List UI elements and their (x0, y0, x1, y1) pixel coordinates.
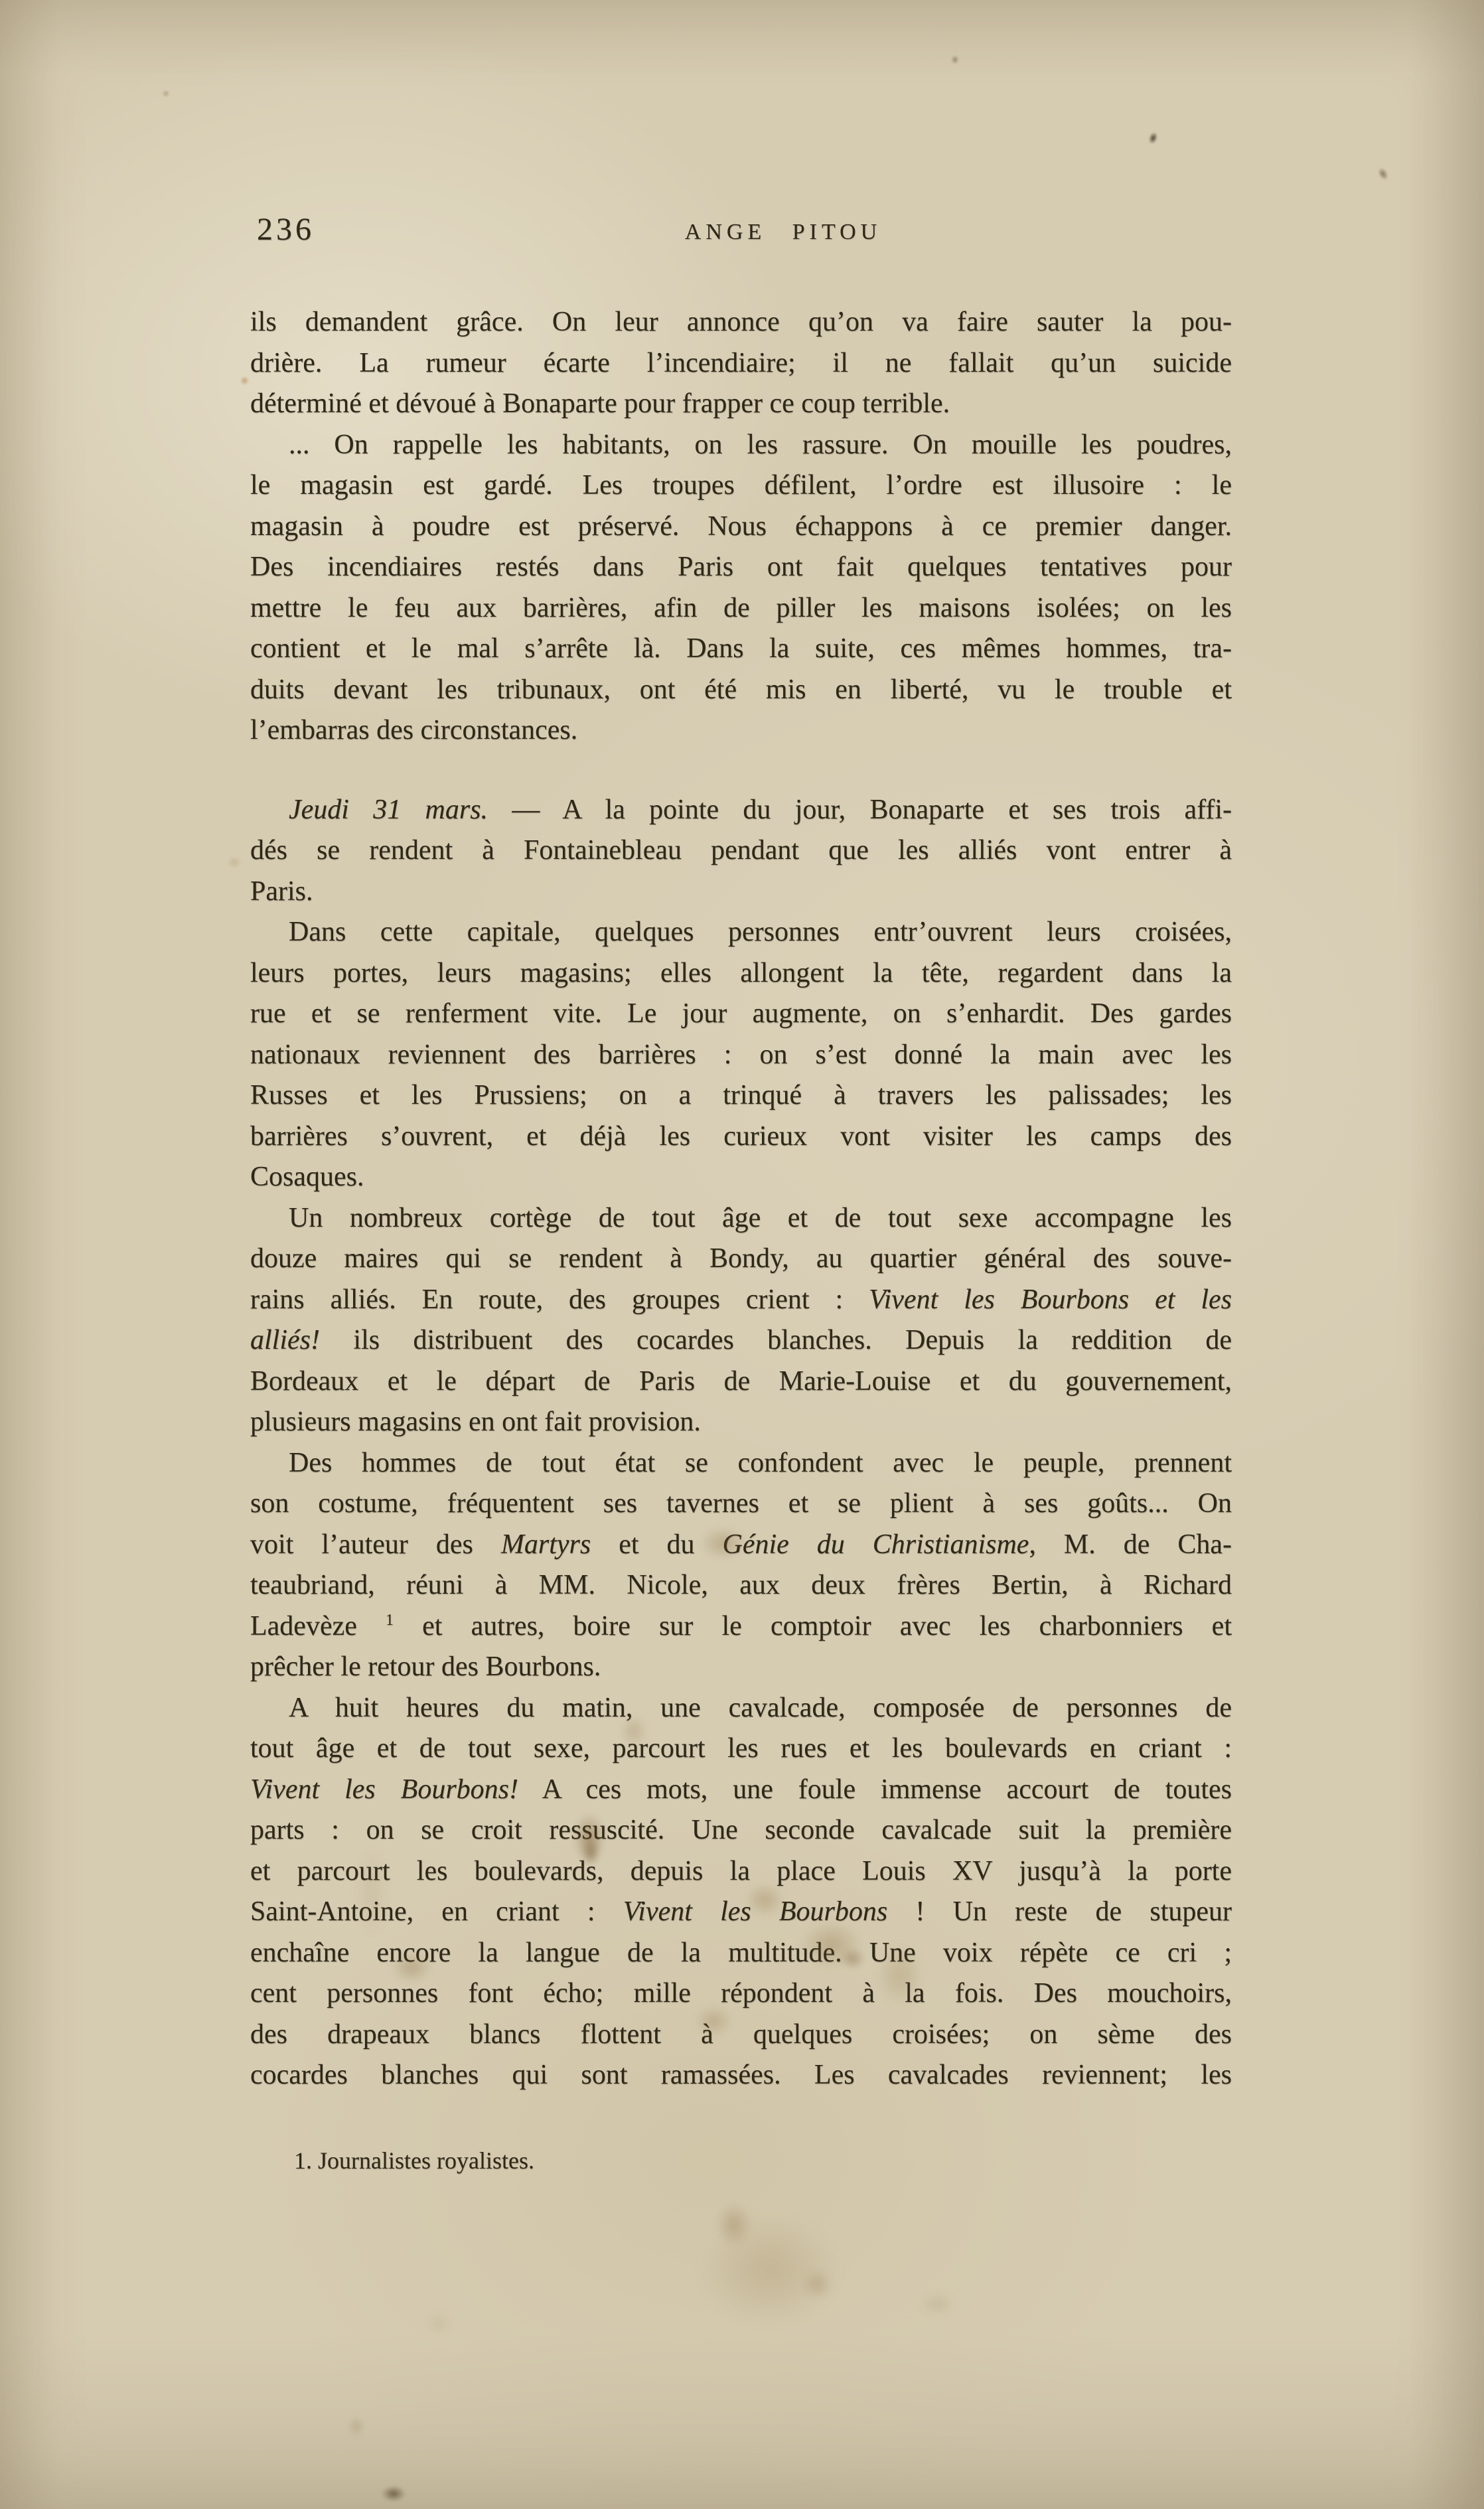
text-segment: leurs portes, leurs magasins; elles allo… (250, 958, 1232, 988)
text-line: plusieurs magasins en ont fait provision… (250, 1402, 1232, 1443)
text-line: Russes et les Prussiens; on a trinqué à … (250, 1075, 1232, 1116)
stain (226, 855, 243, 870)
text-line: enchaîne encore la langue de la multitud… (250, 1933, 1232, 1974)
stain (796, 2263, 838, 2305)
text-segment: teaubriand, réuni à MM. Nicole, aux deux… (250, 1570, 1232, 1600)
stain (421, 2310, 456, 2338)
text-line: rue et se renferment vite. Le jour augme… (250, 994, 1232, 1035)
italic-text: Vivent les Bourbons! (250, 1774, 518, 1805)
text-segment: magasin à poudre est préservé. Nous écha… (250, 511, 1232, 542)
text-line: Paris. (250, 872, 1232, 913)
text-segment: ils demandent grâce. On leur annonce qu’… (250, 307, 1232, 337)
text-line: cocardes blanches qui sont ramassées. Le… (250, 2055, 1232, 2096)
text-segment: voit l’auteur des (250, 1529, 501, 1560)
text-line: Bordeaux et le départ de Paris de Marie-… (250, 1361, 1232, 1403)
text-segment: Cosaques. (250, 1162, 364, 1192)
ink-speck (378, 2484, 409, 2504)
text-line: tout âge et de tout sexe, parcourt les r… (250, 1728, 1232, 1770)
text-segment: son costume, fréquentent ses tavernes et… (250, 1488, 1232, 1519)
running-title: ANGE PITOU (685, 220, 881, 245)
text-segment: plusieurs magasins en ont fait provision… (250, 1407, 701, 1437)
text-segment: Dans cette capitale, quelques personnes … (289, 917, 1232, 947)
text-segment: douze maires qui se rendent à Bondy, au … (250, 1243, 1232, 1274)
text-segment: parts : on se croit ressuscité. Une seco… (250, 1815, 1232, 1845)
ink-speck (950, 54, 960, 65)
text-segment: nationaux reviennent des barrières : on … (250, 1039, 1232, 1070)
text-line: rains alliés. En route, des groupes crie… (250, 1280, 1232, 1321)
text-segment: cocardes blanches qui sont ramassées. Le… (250, 2060, 1232, 2090)
text-segment: et du (591, 1529, 722, 1560)
text-segment: contient et le mal s’arrête là. Dans la … (250, 633, 1232, 664)
text-line: Un nombreux cortège de tout âge et de to… (250, 1198, 1232, 1239)
text-segment: tout âge et de tout sexe, parcourt les r… (250, 1733, 1232, 1764)
text-line: voit l’auteur des Martyrs et du Génie du… (250, 1525, 1232, 1566)
text-line: nationaux reviennent des barrières : on … (250, 1035, 1232, 1076)
text-line: cent personnes font écho; mille réponden… (250, 1973, 1232, 2015)
text-segment: le magasin est gardé. Les troupes défile… (250, 470, 1232, 500)
text-line: leurs portes, leurs magasins; elles allo… (250, 953, 1232, 994)
text-segment: Saint-Antoine, en criant : (250, 1896, 623, 1927)
text-segment: et autres, boire sur le comptoir avec le… (394, 1611, 1232, 1641)
text-line: des drapeaux blancs flottent à quelques … (250, 2015, 1232, 2056)
text-segment: enchaîne encore la langue de la multitud… (250, 1938, 1232, 1968)
text-segment: des drapeaux blancs flottent à quelques … (250, 2019, 1232, 2050)
text-segment: cent personnes font écho; mille réponden… (250, 1978, 1232, 2009)
text-segment: prêcher le retour des Bourbons. (250, 1651, 601, 1682)
italic-text: Génie du Christianisme (722, 1529, 1029, 1560)
body-text: ils demandent grâce. On leur annonce qu’… (250, 302, 1232, 2096)
text-segment: ... On rappelle les habitants, on les ra… (289, 429, 1232, 460)
footnote: 1. Journalistes royalistes. (294, 2147, 534, 2174)
text-segment: A huit heures du matin, une cavalcade, c… (289, 1693, 1232, 1723)
text-line: mettre le feu aux barrières, afin de pil… (250, 588, 1232, 629)
text-segment: Des incendiaires restés dans Paris ont f… (250, 552, 1232, 582)
stain (677, 2197, 863, 2343)
text-line: Cosaques. (250, 1157, 1232, 1198)
text-segment: mettre le feu aux barrières, afin de pil… (250, 593, 1232, 623)
text-line: alliés! ils distribuent des cocardes bla… (250, 1320, 1232, 1361)
text-segment: rains alliés. En route, des groupes crie… (250, 1284, 869, 1315)
text-line: duits devant les tribunaux, ont été mis … (250, 670, 1232, 711)
text-segment: duits devant les tribunaux, ont été mis … (250, 674, 1232, 705)
stain (914, 2289, 960, 2319)
text-segment: Paris. (250, 876, 313, 907)
text-segment: dés se rendent à Fontainebleau pendant q… (250, 835, 1232, 866)
page-header: 236 ANGE PITOU (250, 211, 1232, 258)
text-segment: drière. La rumeur écarte l’incendiaire; … (250, 348, 1232, 378)
text-line: magasin à poudre est préservé. Nous écha… (250, 506, 1232, 548)
stain (239, 375, 250, 386)
paragraph: A huit heures du matin, une cavalcade, c… (250, 1688, 1232, 2096)
text-segment: l’embarras des circonstances. (250, 715, 577, 745)
text-line: ... On rappelle les habitants, on les ra… (250, 425, 1232, 466)
text-segment: ! Un reste de stupeur (887, 1896, 1232, 1927)
italic-text: alliés! (250, 1325, 320, 1355)
page-number: 236 (257, 211, 315, 248)
italic-text: Vivent les Bourbons (623, 1896, 888, 1927)
text-line: drière. La rumeur écarte l’incendiaire; … (250, 343, 1232, 384)
italic-text: Vivent les Bourbons et les (869, 1284, 1232, 1315)
text-line: l’embarras des circonstances. (250, 710, 1232, 751)
text-segment: et parcourt les boulevards, depuis la pl… (250, 1856, 1232, 1886)
paragraph: ... On rappelle les habitants, on les ra… (250, 425, 1232, 751)
text-line: Dans cette capitale, quelques personnes … (250, 912, 1232, 953)
text-segment: Bordeaux et le départ de Paris de Marie-… (250, 1366, 1232, 1397)
text-segment: rue et se renferment vite. Le jour augme… (250, 998, 1232, 1029)
text-line: parts : on se croit ressuscité. Une seco… (250, 1810, 1232, 1851)
text-line: le magasin est gardé. Les troupes défile… (250, 465, 1232, 506)
text-line: barrières s’ouvrent, et déjà les curieux… (250, 1116, 1232, 1158)
stain (710, 2194, 758, 2255)
text-line: A huit heures du matin, une cavalcade, c… (250, 1688, 1232, 1729)
text-line: ils demandent grâce. On leur annonce qu’… (250, 302, 1232, 343)
text-line: Ladevèze 1 et autres, boire sur le compt… (250, 1606, 1232, 1647)
ink-speck (1146, 129, 1161, 147)
text-line: Saint-Antoine, en criant : Vivent les Bo… (250, 1892, 1232, 1933)
paragraph: Jeudi 31 mars. — A la pointe du jour, Bo… (250, 790, 1232, 913)
text-segment: déterminé et dévoué à Bonaparte pour fra… (250, 388, 950, 419)
paragraph: ils demandent grâce. On leur annonce qu’… (250, 302, 1232, 425)
ink-speck (1374, 165, 1392, 184)
text-line: Jeudi 31 mars. — A la pointe du jour, Bo… (250, 790, 1232, 831)
italic-text: Martyrs (501, 1529, 591, 1560)
footnote-marker: 1 (386, 1612, 394, 1629)
text-line: déterminé et dévoué à Bonaparte pour fra… (250, 384, 1232, 425)
text-line: dés se rendent à Fontainebleau pendant q… (250, 830, 1232, 872)
stain (346, 2413, 367, 2441)
text-segment: Des hommes de tout état se confondent av… (289, 1448, 1232, 1478)
text-line: contient et le mal s’arrête là. Dans la … (250, 629, 1232, 670)
text-segment: A ces mots, une foule immense accourt de… (518, 1774, 1232, 1805)
text-line: et parcourt les boulevards, depuis la pl… (250, 1851, 1232, 1892)
paragraph: Des hommes de tout état se confondent av… (250, 1443, 1232, 1688)
italic-text: Jeudi 31 mars. (289, 795, 488, 825)
paragraph: Dans cette capitale, quelques personnes … (250, 912, 1232, 1198)
text-segment: , M. de Cha- (1029, 1529, 1232, 1560)
text-segment: Ladevèze (250, 1611, 386, 1641)
stain (161, 89, 171, 98)
text-line: douze maires qui se rendent à Bondy, au … (250, 1239, 1232, 1280)
text-line: teaubriand, réuni à MM. Nicole, aux deux… (250, 1565, 1232, 1606)
book-page: 236 ANGE PITOU ils demandent grâce. On l… (0, 0, 1484, 2509)
text-line: Vivent les Bourbons! A ces mots, une fou… (250, 1770, 1232, 1811)
text-segment: — A la pointe du jour, Bonaparte et ses … (488, 795, 1232, 825)
paragraph: Un nombreux cortège de tout âge et de to… (250, 1198, 1232, 1443)
text-line: prêcher le retour des Bourbons. (250, 1647, 1232, 1688)
text-line: Des hommes de tout état se confondent av… (250, 1443, 1232, 1484)
text-segment: ils distribuent des cocardes blanches. D… (320, 1325, 1232, 1355)
text-segment: Russes et les Prussiens; on a trinqué à … (250, 1080, 1232, 1110)
text-line: Des incendiaires restés dans Paris ont f… (250, 547, 1232, 588)
text-segment: barrières s’ouvrent, et déjà les curieux… (250, 1121, 1232, 1152)
text-segment: Un nombreux cortège de tout âge et de to… (289, 1203, 1232, 1233)
text-line: son costume, fréquentent ses tavernes et… (250, 1483, 1232, 1525)
